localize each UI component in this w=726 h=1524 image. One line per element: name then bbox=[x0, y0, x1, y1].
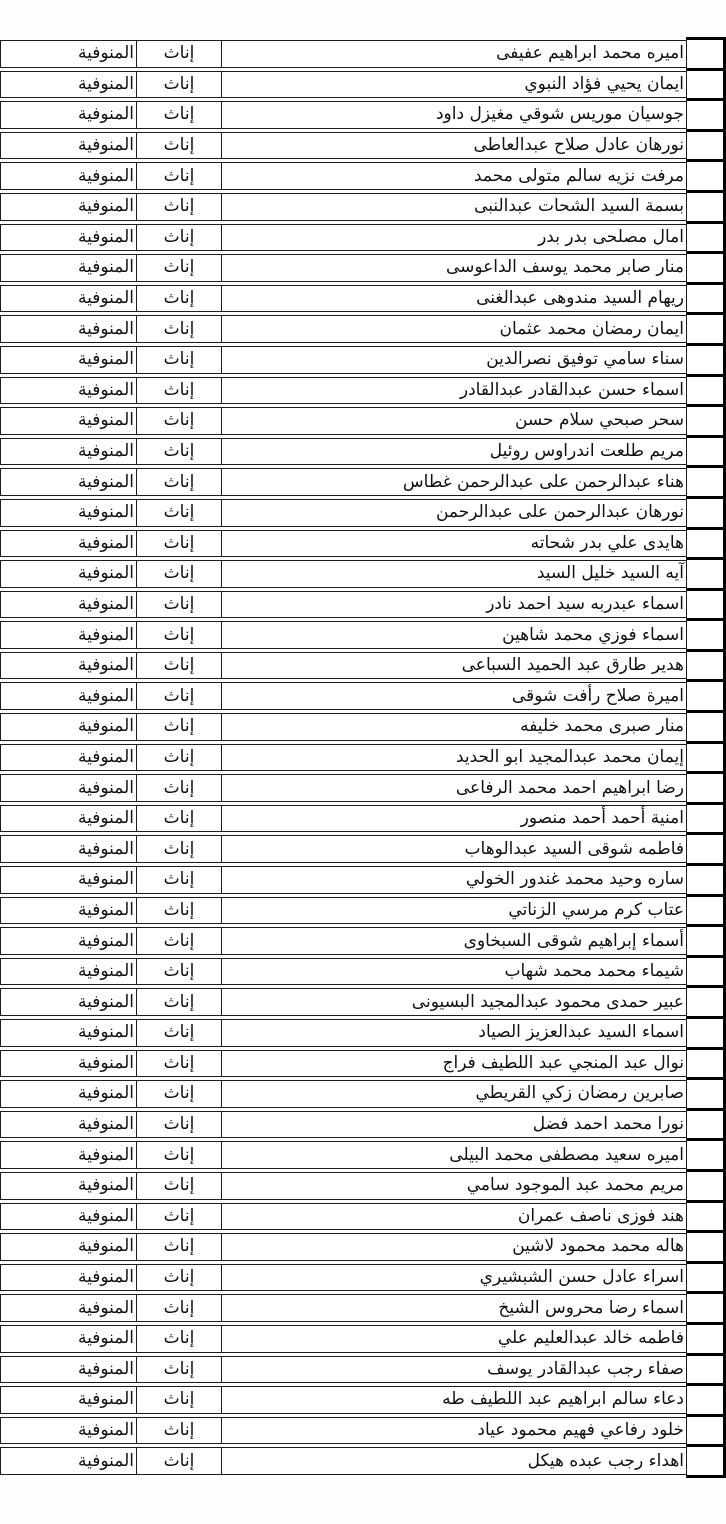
serial-cell bbox=[687, 774, 723, 805]
serial-cell bbox=[687, 254, 723, 285]
gender-cell: إناث bbox=[137, 621, 222, 649]
name-cell: دعاء سالم ابراهيم عبد اللطيف طه bbox=[222, 1386, 686, 1414]
name-cell: مريم محمد عبد الموجود سامي bbox=[222, 1172, 686, 1200]
table-row: امال مصلحى بدر بدر إناث المنوفية bbox=[0, 224, 686, 252]
table-row: نورهان عادل صلاح عبدالعاطى إناث المنوفية bbox=[0, 132, 686, 160]
name-cell: آيه السيد خليل السيد bbox=[222, 560, 686, 588]
table-row: آيه السيد خليل السيد إناث المنوفية bbox=[0, 560, 686, 588]
table-row: ساره وحيد محمد غندور الخولي إناث المنوفي… bbox=[0, 866, 686, 894]
governorate-cell: المنوفية bbox=[0, 499, 137, 527]
name-cell: ايمان يحيي فؤاد النبوي bbox=[222, 71, 686, 99]
governorate-cell: المنوفية bbox=[0, 958, 137, 986]
governorate-cell: المنوفية bbox=[0, 1264, 137, 1292]
table-row: إيمان محمد عبدالمجيد ابو الحديد إناث الم… bbox=[0, 744, 686, 772]
gender-cell: إناث bbox=[137, 193, 222, 221]
table-row: ايمان رمضان محمد عثمان إناث المنوفية bbox=[0, 315, 686, 343]
gender-cell: إناث bbox=[137, 1386, 222, 1414]
name-cell: فاطمه شوقى السيد عبدالوهاب bbox=[222, 835, 686, 863]
table-row: فاطمه خالد عبدالعليم علي إناث المنوفية bbox=[0, 1325, 686, 1353]
name-cell: اسماء حسن عبدالقادر عبدالقادر bbox=[222, 377, 686, 405]
names-table: اميره محمد ابراهيم عفيفى إناث المنوفية ا… bbox=[0, 37, 686, 1478]
table-row: اميره سعيد مصطفى محمد البيلى إناث المنوف… bbox=[0, 1141, 686, 1169]
governorate-cell: المنوفية bbox=[0, 682, 137, 710]
governorate-cell: المنوفية bbox=[0, 71, 137, 99]
table-row: هند فوزى ناصف عمران إناث المنوفية bbox=[0, 1203, 686, 1231]
gender-cell: إناث bbox=[137, 1447, 222, 1475]
governorate-cell: المنوفية bbox=[0, 744, 137, 772]
name-cell: جوسيان موريس شوقي مغيزل داود bbox=[222, 101, 686, 129]
gender-cell: إناث bbox=[137, 40, 222, 68]
table-row: اسماء عبدربه سيد احمد نادر إناث المنوفية bbox=[0, 591, 686, 619]
serial-cell bbox=[687, 193, 723, 224]
table-row: مريم طلعت اندراوس روئيل إناث المنوفية bbox=[0, 438, 686, 466]
governorate-cell: المنوفية bbox=[0, 1019, 137, 1047]
gender-cell: إناث bbox=[137, 897, 222, 925]
gender-cell: إناث bbox=[137, 438, 222, 466]
serial-cell bbox=[687, 744, 723, 775]
governorate-cell: المنوفية bbox=[0, 805, 137, 833]
governorate-cell: المنوفية bbox=[0, 407, 137, 435]
name-cell: امال مصلحى بدر بدر bbox=[222, 224, 686, 252]
gender-cell: إناث bbox=[137, 988, 222, 1016]
gender-cell: إناث bbox=[137, 774, 222, 802]
table-row: نورا محمد احمد فضل إناث المنوفية bbox=[0, 1111, 686, 1139]
name-cell: مريم طلعت اندراوس روئيل bbox=[222, 438, 686, 466]
serial-column bbox=[686, 37, 726, 1478]
governorate-cell: المنوفية bbox=[0, 101, 137, 129]
gender-cell: إناث bbox=[137, 805, 222, 833]
table-row: مرفت نزيه سالم متولى محمد إناث المنوفية bbox=[0, 162, 686, 190]
serial-cell bbox=[687, 162, 723, 193]
gender-cell: إناث bbox=[137, 315, 222, 343]
governorate-cell: المنوفية bbox=[0, 835, 137, 863]
name-cell: عبير حمدى محمود عبدالمجيد البسيونى bbox=[222, 988, 686, 1016]
name-cell: سناء سامي توفيق نصرالدين bbox=[222, 346, 686, 374]
serial-cell bbox=[687, 1203, 723, 1234]
name-cell: بسمة السيد الشحات عبدالنبى bbox=[222, 193, 686, 221]
gender-cell: إناث bbox=[137, 713, 222, 741]
serial-cell bbox=[687, 1447, 723, 1478]
name-cell: هاله محمد محمود لاشين bbox=[222, 1233, 686, 1261]
table-row: صابرين رمضان زكي القريطي إناث المنوفية bbox=[0, 1080, 686, 1108]
governorate-cell: المنوفية bbox=[0, 1417, 137, 1445]
governorate-cell: المنوفية bbox=[0, 530, 137, 558]
table-row: دعاء سالم ابراهيم عبد اللطيف طه إناث الم… bbox=[0, 1386, 686, 1414]
table-row: امنية أحمد أحمد منصور إناث المنوفية bbox=[0, 805, 686, 833]
name-cell: ساره وحيد محمد غندور الخولي bbox=[222, 866, 686, 894]
name-cell: رضا ابراهيم احمد محمد الرفاعى bbox=[222, 774, 686, 802]
name-cell: هناء عبدالرحمن على عبدالرحمن غطاس bbox=[222, 468, 686, 496]
governorate-cell: المنوفية bbox=[0, 560, 137, 588]
table-row: خلود رفاعي فهيم محمود عياد إناث المنوفية bbox=[0, 1417, 686, 1445]
table-row: شيماء محمد محمد شهاب إناث المنوفية bbox=[0, 958, 686, 986]
governorate-cell: المنوفية bbox=[0, 713, 137, 741]
serial-cell bbox=[687, 560, 723, 591]
governorate-cell: المنوفية bbox=[0, 652, 137, 680]
gender-cell: إناث bbox=[137, 1417, 222, 1445]
governorate-cell: المنوفية bbox=[0, 1447, 137, 1475]
governorate-cell: المنوفية bbox=[0, 377, 137, 405]
serial-cell bbox=[687, 1111, 723, 1142]
name-cell: نورا محمد احمد فضل bbox=[222, 1111, 686, 1139]
serial-cell bbox=[687, 1356, 723, 1387]
table-row: سناء سامي توفيق نصرالدين إناث المنوفية bbox=[0, 346, 686, 374]
serial-cell bbox=[687, 224, 723, 255]
serial-cell bbox=[687, 1141, 723, 1172]
table-row: اسماء رضا محروس الشيخ إناث المنوفية bbox=[0, 1294, 686, 1322]
serial-cell bbox=[687, 101, 723, 132]
table-row: هايدى علي بدر شحاته إناث المنوفية bbox=[0, 530, 686, 558]
gender-cell: إناث bbox=[137, 101, 222, 129]
name-cell: نورهان عبدالرحمن على عبدالرحمن bbox=[222, 499, 686, 527]
serial-cell bbox=[687, 805, 723, 836]
gender-cell: إناث bbox=[137, 346, 222, 374]
governorate-cell: المنوفية bbox=[0, 162, 137, 190]
governorate-cell: المنوفية bbox=[0, 1080, 137, 1108]
name-cell: أسماء إبراهيم شوقى السبخاوى bbox=[222, 927, 686, 955]
table-row: ايمان يحيي فؤاد النبوي إناث المنوفية bbox=[0, 71, 686, 99]
name-cell: اميره سعيد مصطفى محمد البيلى bbox=[222, 1141, 686, 1169]
name-cell: اسماء رضا محروس الشيخ bbox=[222, 1294, 686, 1322]
serial-cell bbox=[687, 132, 723, 163]
gender-cell: إناث bbox=[137, 224, 222, 252]
gender-cell: إناث bbox=[137, 132, 222, 160]
governorate-cell: المنوفية bbox=[0, 591, 137, 619]
name-cell: ريهام السيد مندوهى عبدالغنى bbox=[222, 285, 686, 313]
serial-cell bbox=[687, 438, 723, 469]
serial-cell bbox=[687, 713, 723, 744]
name-cell: نوال عبد المنجي عبد اللطيف فراج bbox=[222, 1050, 686, 1078]
gender-cell: إناث bbox=[137, 71, 222, 99]
table-row: هناء عبدالرحمن على عبدالرحمن غطاس إناث ا… bbox=[0, 468, 686, 496]
table-row: عبير حمدى محمود عبدالمجيد البسيونى إناث … bbox=[0, 988, 686, 1016]
serial-cell bbox=[687, 958, 723, 989]
names-table-body: اميره محمد ابراهيم عفيفى إناث المنوفية ا… bbox=[0, 40, 686, 1475]
table-row: اهداء رجب عبده هيكل إناث المنوفية bbox=[0, 1447, 686, 1475]
serial-cell bbox=[687, 835, 723, 866]
serial-cell bbox=[687, 346, 723, 377]
governorate-cell: المنوفية bbox=[0, 438, 137, 466]
gender-cell: إناث bbox=[137, 1356, 222, 1384]
serial-cell bbox=[687, 1264, 723, 1295]
table-row: عتاب كرم مرسي الزناتي إناث المنوفية bbox=[0, 897, 686, 925]
serial-cell bbox=[687, 1417, 723, 1448]
gender-cell: إناث bbox=[137, 499, 222, 527]
gender-cell: إناث bbox=[137, 1050, 222, 1078]
gender-cell: إناث bbox=[137, 652, 222, 680]
table-row: فاطمه شوقى السيد عبدالوهاب إناث المنوفية bbox=[0, 835, 686, 863]
serial-cell bbox=[687, 1172, 723, 1203]
name-cell: هدير طارق عبد الحميد السباعى bbox=[222, 652, 686, 680]
serial-cell bbox=[687, 897, 723, 928]
governorate-cell: المنوفية bbox=[0, 285, 137, 313]
gender-cell: إناث bbox=[137, 1233, 222, 1261]
gender-cell: إناث bbox=[137, 254, 222, 282]
name-cell: اميره محمد ابراهيم عفيفى bbox=[222, 40, 686, 68]
gender-cell: إناث bbox=[137, 866, 222, 894]
name-cell: اسماء عبدربه سيد احمد نادر bbox=[222, 591, 686, 619]
table-row: أسماء إبراهيم شوقى السبخاوى إناث المنوفي… bbox=[0, 927, 686, 955]
governorate-cell: المنوفية bbox=[0, 1050, 137, 1078]
governorate-cell: المنوفية bbox=[0, 40, 137, 68]
serial-cell bbox=[687, 988, 723, 1019]
name-cell: هايدى علي بدر شحاته bbox=[222, 530, 686, 558]
name-cell: فاطمه خالد عبدالعليم علي bbox=[222, 1325, 686, 1353]
table-row: نوال عبد المنجي عبد اللطيف فراج إناث الم… bbox=[0, 1050, 686, 1078]
name-cell: هند فوزى ناصف عمران bbox=[222, 1203, 686, 1231]
table-row: سحر صبحي سلام حسن إناث المنوفية bbox=[0, 407, 686, 435]
governorate-cell: المنوفية bbox=[0, 315, 137, 343]
gender-cell: إناث bbox=[137, 377, 222, 405]
gender-cell: إناث bbox=[137, 927, 222, 955]
table-row: صفاء رجب عبدالقادر يوسف إناث المنوفية bbox=[0, 1356, 686, 1384]
name-cell: منار صابر محمد يوسف الداعوسى bbox=[222, 254, 686, 282]
gender-cell: إناث bbox=[137, 744, 222, 772]
table-row: اسماء فوزي محمد شاهين إناث المنوفية bbox=[0, 621, 686, 649]
gender-cell: إناث bbox=[137, 1294, 222, 1322]
governorate-cell: المنوفية bbox=[0, 132, 137, 160]
governorate-cell: المنوفية bbox=[0, 224, 137, 252]
serial-cell bbox=[687, 468, 723, 499]
governorate-cell: المنوفية bbox=[0, 468, 137, 496]
gender-cell: إناث bbox=[137, 1172, 222, 1200]
gender-cell: إناث bbox=[137, 1019, 222, 1047]
governorate-cell: المنوفية bbox=[0, 1203, 137, 1231]
table-row: اسماء حسن عبدالقادر عبدالقادر إناث المنو… bbox=[0, 377, 686, 405]
governorate-cell: المنوفية bbox=[0, 1356, 137, 1384]
name-cell: نورهان عادل صلاح عبدالعاطى bbox=[222, 132, 686, 160]
name-cell: اسماء السيد عبدالعزيز الصياد bbox=[222, 1019, 686, 1047]
governorate-cell: المنوفية bbox=[0, 1111, 137, 1139]
table-row: اسراء عادل حسن الشبشيري إناث المنوفية bbox=[0, 1264, 686, 1292]
governorate-cell: المنوفية bbox=[0, 774, 137, 802]
governorate-cell: المنوفية bbox=[0, 1294, 137, 1322]
governorate-cell: المنوفية bbox=[0, 621, 137, 649]
serial-cell bbox=[687, 1294, 723, 1325]
name-cell: منار صبرى محمد خليفه bbox=[222, 713, 686, 741]
name-cell: اهداء رجب عبده هيكل bbox=[222, 1447, 686, 1475]
serial-cell bbox=[687, 407, 723, 438]
governorate-cell: المنوفية bbox=[0, 1172, 137, 1200]
governorate-cell: المنوفية bbox=[0, 254, 137, 282]
gender-cell: إناث bbox=[137, 530, 222, 558]
table-row: اميره محمد ابراهيم عفيفى إناث المنوفية bbox=[0, 40, 686, 68]
name-cell: صفاء رجب عبدالقادر يوسف bbox=[222, 1356, 686, 1384]
table-row: هاله محمد محمود لاشين إناث المنوفية bbox=[0, 1233, 686, 1261]
serial-cell bbox=[687, 682, 723, 713]
gender-cell: إناث bbox=[137, 591, 222, 619]
serial-cell bbox=[687, 499, 723, 530]
name-cell: خلود رفاعي فهيم محمود عياد bbox=[222, 1417, 686, 1445]
serial-cell bbox=[687, 71, 723, 102]
gender-cell: إناث bbox=[137, 560, 222, 588]
name-cell: صابرين رمضان زكي القريطي bbox=[222, 1080, 686, 1108]
table-row: اسماء السيد عبدالعزيز الصياد إناث المنوف… bbox=[0, 1019, 686, 1047]
gender-cell: إناث bbox=[137, 835, 222, 863]
table-row: ريهام السيد مندوهى عبدالغنى إناث المنوفي… bbox=[0, 285, 686, 313]
serial-cell bbox=[687, 927, 723, 958]
governorate-cell: المنوفية bbox=[0, 897, 137, 925]
serial-cell bbox=[687, 621, 723, 652]
governorate-cell: المنوفية bbox=[0, 1233, 137, 1261]
governorate-cell: المنوفية bbox=[0, 1386, 137, 1414]
serial-cell bbox=[687, 377, 723, 408]
governorate-cell: المنوفية bbox=[0, 346, 137, 374]
name-cell: شيماء محمد محمد شهاب bbox=[222, 958, 686, 986]
table-row: اميرة صلاح رأفت شوقى إناث المنوفية bbox=[0, 682, 686, 710]
gender-cell: إناث bbox=[137, 1325, 222, 1353]
name-cell: اسماء فوزي محمد شاهين bbox=[222, 621, 686, 649]
governorate-cell: المنوفية bbox=[0, 927, 137, 955]
name-cell: اسراء عادل حسن الشبشيري bbox=[222, 1264, 686, 1292]
gender-cell: إناث bbox=[137, 162, 222, 190]
gender-cell: إناث bbox=[137, 1203, 222, 1231]
serial-cell bbox=[687, 652, 723, 683]
name-cell: عتاب كرم مرسي الزناتي bbox=[222, 897, 686, 925]
table-row: جوسيان موريس شوقي مغيزل داود إناث المنوف… bbox=[0, 101, 686, 129]
table-row: منار صابر محمد يوسف الداعوسى إناث المنوف… bbox=[0, 254, 686, 282]
table-row: هدير طارق عبد الحميد السباعى إناث المنوف… bbox=[0, 652, 686, 680]
governorate-cell: المنوفية bbox=[0, 988, 137, 1016]
serial-cell bbox=[687, 315, 723, 346]
governorate-cell: المنوفية bbox=[0, 193, 137, 221]
gender-cell: إناث bbox=[137, 468, 222, 496]
governorate-cell: المنوفية bbox=[0, 1141, 137, 1169]
serial-cell bbox=[687, 1233, 723, 1264]
gender-cell: إناث bbox=[137, 1264, 222, 1292]
serial-cell bbox=[687, 1386, 723, 1417]
gender-cell: إناث bbox=[137, 1111, 222, 1139]
name-cell: امنية أحمد أحمد منصور bbox=[222, 805, 686, 833]
document-page: اميره محمد ابراهيم عفيفى إناث المنوفية ا… bbox=[0, 0, 726, 1524]
table-row: رضا ابراهيم احمد محمد الرفاعى إناث المنو… bbox=[0, 774, 686, 802]
table-row: بسمة السيد الشحات عبدالنبى إناث المنوفية bbox=[0, 193, 686, 221]
name-cell: مرفت نزيه سالم متولى محمد bbox=[222, 162, 686, 190]
gender-cell: إناث bbox=[137, 682, 222, 710]
serial-cell bbox=[687, 530, 723, 561]
serial-cell bbox=[687, 866, 723, 897]
name-cell: سحر صبحي سلام حسن bbox=[222, 407, 686, 435]
governorate-cell: المنوفية bbox=[0, 866, 137, 894]
table-row: منار صبرى محمد خليفه إناث المنوفية bbox=[0, 713, 686, 741]
serial-cell bbox=[687, 591, 723, 622]
gender-cell: إناث bbox=[137, 285, 222, 313]
name-cell: ايمان رمضان محمد عثمان bbox=[222, 315, 686, 343]
name-cell: اميرة صلاح رأفت شوقى bbox=[222, 682, 686, 710]
serial-cell bbox=[687, 1325, 723, 1356]
gender-cell: إناث bbox=[137, 1141, 222, 1169]
governorate-cell: المنوفية bbox=[0, 1325, 137, 1353]
gender-cell: إناث bbox=[137, 407, 222, 435]
serial-cell bbox=[687, 285, 723, 316]
gender-cell: إناث bbox=[137, 1080, 222, 1108]
serial-cell bbox=[687, 1080, 723, 1111]
gender-cell: إناث bbox=[137, 958, 222, 986]
serial-cell bbox=[687, 40, 723, 71]
name-cell: إيمان محمد عبدالمجيد ابو الحديد bbox=[222, 744, 686, 772]
table-row: نورهان عبدالرحمن على عبدالرحمن إناث المن… bbox=[0, 499, 686, 527]
table-row: مريم محمد عبد الموجود سامي إناث المنوفية bbox=[0, 1172, 686, 1200]
serial-cell bbox=[687, 1019, 723, 1050]
serial-cell bbox=[687, 1050, 723, 1081]
